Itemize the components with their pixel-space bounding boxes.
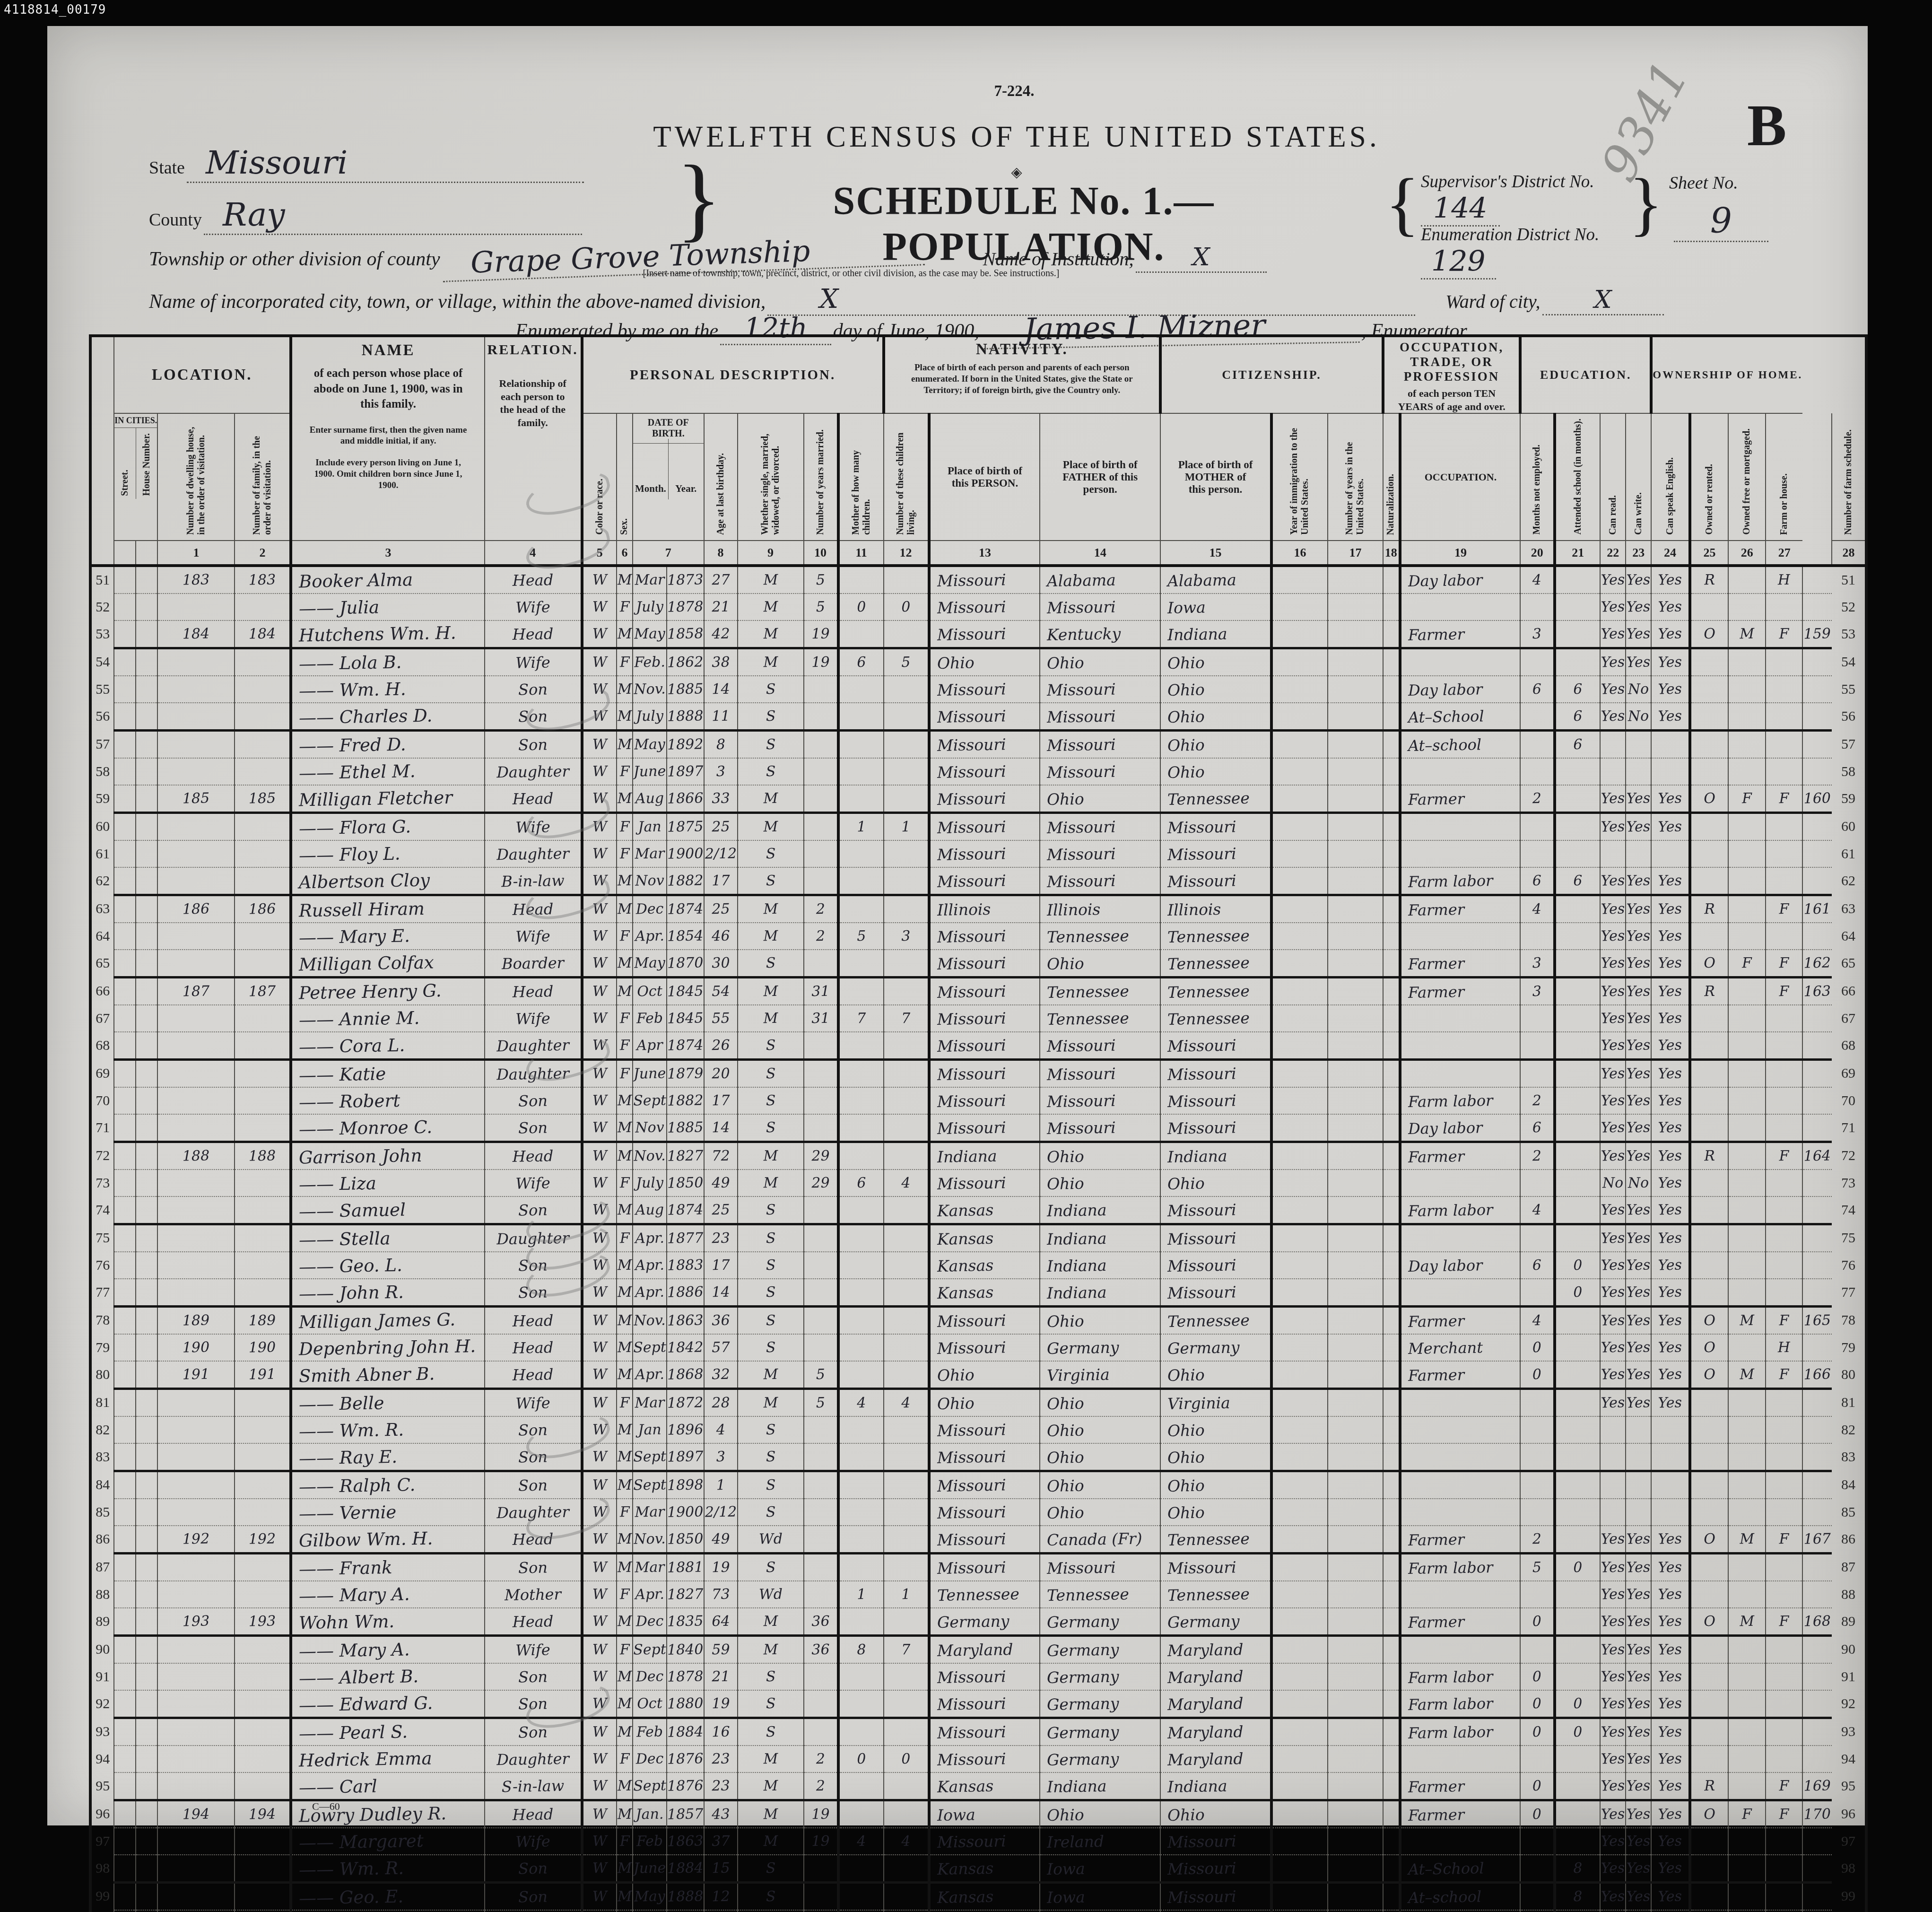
cell-st [114, 1746, 136, 1772]
cell-fh: F [1766, 1608, 1802, 1636]
colnum: 23 [1626, 541, 1651, 566]
cell-s: F [617, 1636, 633, 1664]
cell-mo: Nov [633, 1114, 667, 1142]
cell-fam: 186 [235, 895, 291, 923]
line-number: 71 [90, 1114, 114, 1142]
cell-fm [1728, 840, 1766, 867]
cell-fm [1728, 1746, 1766, 1772]
cell-own [1690, 1443, 1728, 1471]
cell-name: —— Mary A. [291, 1581, 484, 1608]
cell-yr: 1878 [667, 594, 704, 620]
cell-yr: 1886 [667, 1279, 704, 1307]
cell-ym [804, 950, 838, 978]
cell-occ: Farm labor [1400, 1718, 1521, 1746]
colnum: 27 [1766, 541, 1802, 566]
line-number: 86 [1832, 1526, 1866, 1554]
cell-bm: Germany [1160, 1608, 1271, 1636]
cell-occ [1400, 648, 1521, 676]
cell-bf: Missouri [1040, 813, 1160, 841]
cell-ym [804, 1416, 838, 1443]
cell-rd: Yes [1600, 895, 1626, 923]
cell-occ: Farmer [1400, 620, 1521, 648]
cell-bp: Missouri [929, 950, 1040, 978]
table-row: 61—— Floy L.DaughterWFMar19002/12SMissou… [90, 840, 1866, 867]
cell-bf: Indiana [1040, 1252, 1160, 1279]
cell-sch [1555, 1060, 1600, 1088]
cell-mne: 0 [1520, 1663, 1555, 1690]
cell-hn [136, 566, 157, 594]
cell-wr: Yes [1626, 1114, 1651, 1142]
cell-im [1271, 1636, 1328, 1664]
cell-rel: Son [485, 731, 582, 759]
cell-c: W [582, 1087, 617, 1114]
cell-bp: Germany [929, 1608, 1040, 1636]
cell-yu [1328, 1636, 1383, 1664]
cell-name: Petree Henry G. [291, 978, 484, 1005]
table-row: 96194194Lowry Dudley R.HeadWMJan.185743M… [90, 1800, 1866, 1828]
cell-m: S [738, 676, 804, 703]
col-years-married: Number of years married. [804, 413, 838, 541]
cell-yu [1328, 1526, 1383, 1554]
cell-mo: Apr. [633, 1279, 667, 1307]
cell-im [1271, 1581, 1328, 1608]
cell-im [1271, 1554, 1328, 1581]
cell-cl: 5 [884, 648, 929, 676]
cell-name: Milligan Fletcher [291, 785, 484, 813]
cell-fh [1766, 758, 1802, 785]
cell-bf: Missouri [1040, 1554, 1160, 1581]
cell-c: W [582, 1636, 617, 1664]
cell-mne: 2 [1520, 1087, 1555, 1114]
cell-hn [136, 1087, 157, 1114]
cell-mne [1520, 1279, 1555, 1307]
cell-fh: F [1766, 1526, 1802, 1554]
cell-mo: Apr [633, 1032, 667, 1060]
name-note1: Enter surname first, then the given name… [308, 425, 468, 447]
cell-ym: 2 [804, 1772, 838, 1800]
nativity-title: NATIVITY. [885, 341, 1159, 358]
cell-en: Yes [1651, 1252, 1689, 1279]
cell-own: O [1690, 1334, 1728, 1361]
line-number: 61 [90, 840, 114, 867]
cell-bp: Kansas [929, 1772, 1040, 1800]
cell-ym: 5 [804, 1389, 838, 1417]
line-number: 90 [90, 1636, 114, 1664]
cell-m: M [738, 566, 804, 594]
cell-m: M [738, 1800, 804, 1828]
cell-yu [1328, 1334, 1383, 1361]
cell-im [1271, 785, 1328, 813]
cell-yu [1328, 1828, 1383, 1844]
line-number: 89 [1832, 1608, 1866, 1636]
cell-fam [235, 1581, 291, 1608]
cell-fh [1766, 1581, 1802, 1608]
cell-own: O [1690, 620, 1728, 648]
cell-m: M [738, 785, 804, 813]
cell-im [1271, 703, 1328, 731]
cell-name: —— Ralph C. [291, 1471, 484, 1499]
cell-fam [235, 1252, 291, 1279]
cell-mo: Oct [633, 1690, 667, 1718]
cell-st [114, 1800, 136, 1828]
cell-en: Yes [1651, 785, 1689, 813]
cell-s: F [617, 923, 633, 950]
cell-m: M [738, 1142, 804, 1170]
cell-cl [884, 566, 929, 594]
cell-mne [1520, 813, 1555, 841]
cell-c: W [582, 840, 617, 867]
cell-en: Yes [1651, 1087, 1689, 1114]
in-cities-label: IN CITIES. [114, 414, 157, 428]
cell-own [1690, 594, 1728, 620]
cell-fh [1766, 1252, 1802, 1279]
cell-m: M [738, 1608, 804, 1636]
cell-wr: Yes [1626, 1663, 1651, 1690]
cell-im [1271, 594, 1328, 620]
cell-fm: M [1728, 1361, 1766, 1389]
cell-fs [1802, 703, 1832, 731]
cell-occ: Farmer [1400, 950, 1521, 978]
cell-cl [884, 1443, 929, 1471]
cell-m: S [738, 1114, 804, 1142]
cell-st [114, 566, 136, 594]
cell-rel: Son [485, 1471, 582, 1499]
cell-fm [1728, 867, 1766, 895]
cell-bm: Missouri [1160, 1828, 1271, 1844]
colnum: 7 [633, 541, 704, 566]
cell-fh [1766, 1828, 1802, 1844]
cell-bm: Illinois [1160, 895, 1271, 923]
cell-dw [157, 1690, 235, 1718]
cell-bp: Missouri [929, 1114, 1040, 1142]
cell-ym: 2 [804, 1746, 838, 1772]
cell-rd: Yes [1600, 1690, 1626, 1718]
cell-bm: Iowa [1160, 594, 1271, 620]
cell-name: —— Mary A. [291, 1636, 484, 1664]
cell-mne: 2 [1520, 1526, 1555, 1554]
cell-mne: 0 [1520, 1361, 1555, 1389]
cell-occ: Day labor [1400, 1252, 1521, 1279]
cell-bm: Tennessee [1160, 950, 1271, 978]
cell-s: F [617, 1060, 633, 1088]
cell-yu [1328, 1772, 1383, 1800]
cell-en: Yes [1651, 1526, 1689, 1554]
cell-bf: Ohio [1040, 1416, 1160, 1443]
cell-fam [235, 950, 291, 978]
cell-mne [1520, 1170, 1555, 1196]
cell-yr: 1881 [667, 1554, 704, 1581]
cell-st [114, 1416, 136, 1443]
cell-fh [1766, 1443, 1802, 1471]
cell-fh [1766, 1114, 1802, 1142]
cell-dw [157, 1279, 235, 1307]
cell-name: —— Stella [291, 1224, 484, 1252]
cell-ym: 5 [804, 566, 838, 594]
cell-im [1271, 1361, 1328, 1389]
cell-yu [1328, 1690, 1383, 1718]
cell-occ [1400, 1581, 1521, 1608]
cell-fs [1802, 1690, 1832, 1718]
cell-fam [235, 923, 291, 950]
cell-rd: Yes [1600, 1334, 1626, 1361]
cell-bm: Ohio [1160, 676, 1271, 703]
cell-na [1383, 1608, 1400, 1636]
col-sex: Sex. [617, 413, 633, 541]
cell-wr: Yes [1626, 1636, 1651, 1664]
col-naturalization: Naturalization. [1383, 413, 1400, 541]
cell-yu [1328, 648, 1383, 676]
cell-fm [1728, 1416, 1766, 1443]
col-family-number: Number of family, in the order of visita… [235, 413, 291, 541]
cell-rd: Yes [1600, 648, 1626, 676]
cell-st [114, 594, 136, 620]
cell-fam: 183 [235, 566, 291, 594]
cell-own [1690, 840, 1728, 867]
cell-dw [157, 1389, 235, 1417]
cell-mo: Jan. [633, 1800, 667, 1828]
cell-c: W [582, 1005, 617, 1032]
cell-mo: Sept [633, 1334, 667, 1361]
cell-yu [1328, 1361, 1383, 1389]
line-number: 97 [1832, 1828, 1866, 1844]
cell-occ: Farm labor [1400, 1663, 1521, 1690]
colnum-blank [114, 541, 136, 566]
cell-hn [136, 1499, 157, 1526]
cell-c: W [582, 1170, 617, 1196]
cell-st [114, 1252, 136, 1279]
cell-rel: Wife [485, 1170, 582, 1196]
cell-occ [1400, 1828, 1521, 1844]
table-row: 71—— Monroe C.SonWMNov188514SMissouriMis… [90, 1114, 1866, 1142]
cell-yu [1328, 923, 1383, 950]
cell-fm [1728, 1142, 1766, 1170]
cell-cl: 3 [884, 923, 929, 950]
cell-age: 25 [704, 813, 738, 841]
cell-cl [884, 1800, 929, 1828]
cell-sch [1555, 648, 1600, 676]
cell-fm [1728, 813, 1766, 841]
cell-rel: Mother [485, 1581, 582, 1608]
cell-hn [136, 1746, 157, 1772]
cell-dw: 188 [157, 1142, 235, 1170]
cell-na [1383, 703, 1400, 731]
cell-st [114, 1005, 136, 1032]
cell-fs [1802, 758, 1832, 785]
cell-ym [804, 1334, 838, 1361]
cell-wr: No [1626, 1170, 1651, 1196]
cell-wr: Yes [1626, 1800, 1651, 1828]
cell-wr: Yes [1626, 1828, 1651, 1844]
cell-yr: 1900 [667, 840, 704, 867]
cell-en: Yes [1651, 813, 1689, 841]
cell-sch [1555, 1828, 1600, 1844]
cell-na [1383, 895, 1400, 923]
cell-ch [838, 1526, 884, 1554]
cell-s: F [617, 840, 633, 867]
cell-bm: Indiana [1160, 620, 1271, 648]
cell-ym: 36 [804, 1608, 838, 1636]
cell-mo: June [633, 758, 667, 785]
cell-im [1271, 566, 1328, 594]
cell-rd [1600, 731, 1626, 759]
cell-wr: Yes [1626, 1252, 1651, 1279]
cell-c: W [582, 566, 617, 594]
cell-im [1271, 1224, 1328, 1252]
cell-ch: 0 [838, 1746, 884, 1772]
cell-sch [1555, 1746, 1600, 1772]
cell-en: Yes [1651, 594, 1689, 620]
cell-mne: 0 [1520, 1334, 1555, 1361]
cell-s: F [617, 1828, 633, 1844]
cell-occ [1400, 758, 1521, 785]
col-immigration-year: Year of immigration to the United States… [1271, 413, 1328, 541]
census-table: LOCATION. NAME of each person whose plac… [89, 334, 1868, 1844]
cell-bp: Missouri [929, 758, 1040, 785]
cell-m: Wd [738, 1526, 804, 1554]
cell-cl [884, 895, 929, 923]
line-number: 87 [90, 1554, 114, 1581]
cell-fam [235, 1279, 291, 1307]
cell-ch [838, 950, 884, 978]
table-row: 52—— JuliaWifeWFJuly187821M500MissouriMi… [90, 594, 1866, 620]
cell-mo: Jan [633, 813, 667, 841]
cell-name: —— Liza [291, 1170, 484, 1196]
cell-ym [804, 731, 838, 759]
cell-bm: Tennessee [1160, 785, 1271, 813]
cell-rel: Son [485, 1663, 582, 1690]
cell-mo: Sept [633, 1471, 667, 1499]
cell-c: W [582, 1142, 617, 1170]
cell-bp: Missouri [929, 566, 1040, 594]
cell-fm [1728, 1032, 1766, 1060]
cell-hn [136, 840, 157, 867]
cell-mne: 4 [1520, 895, 1555, 923]
cell-yr: 1882 [667, 1087, 704, 1114]
cell-m: S [738, 1471, 804, 1499]
cell-fam [235, 703, 291, 731]
cell-fh: H [1766, 566, 1802, 594]
line-number: 74 [90, 1196, 114, 1224]
cell-occ: Farmer [1400, 1800, 1521, 1828]
cell-own: R [1690, 978, 1728, 1005]
cell-rd: Yes [1600, 1828, 1626, 1844]
cell-dw: 187 [157, 978, 235, 1005]
cell-st [114, 758, 136, 785]
table-row: 93—— Pearl S.SonWMFeb188416SMissouriGerm… [90, 1718, 1866, 1746]
cell-rel: Daughter [485, 840, 582, 867]
cell-c: W [582, 950, 617, 978]
cell-ym [804, 1087, 838, 1114]
cell-yu [1328, 1142, 1383, 1170]
cell-hn [136, 978, 157, 1005]
cell-sch [1555, 1170, 1600, 1196]
cell-na [1383, 923, 1400, 950]
cell-yr: 1878 [667, 1663, 704, 1690]
col-farm-house: Farm or house. [1766, 413, 1802, 541]
cell-sch: 0 [1555, 1554, 1600, 1581]
col-can-write: Can write. [1626, 413, 1651, 541]
cell-name: —— Cora L. [291, 1032, 484, 1060]
cell-fm [1728, 1554, 1766, 1581]
table-row: 78189189Milligan James G.HeadWMNov.18633… [90, 1307, 1866, 1335]
cell-ym: 19 [804, 648, 838, 676]
cell-bp: Missouri [929, 1471, 1040, 1499]
cell-mne: 3 [1520, 978, 1555, 1005]
cell-yr: 1873 [667, 566, 704, 594]
cell-age: 25 [704, 895, 738, 923]
cell-wr: Yes [1626, 1526, 1651, 1554]
cell-fs [1802, 1389, 1832, 1417]
cell-m: S [738, 1196, 804, 1224]
cell-name: Garrison John [291, 1142, 484, 1170]
cell-bf: Ohio [1040, 1170, 1160, 1196]
cell-ym [804, 1526, 838, 1554]
cell-im [1271, 1443, 1328, 1471]
cell-hn [136, 1772, 157, 1800]
line-number: 76 [90, 1252, 114, 1279]
cell-s: F [617, 1499, 633, 1526]
cell-mo: May [633, 620, 667, 648]
cell-hn [136, 1224, 157, 1252]
cell-hn [136, 1279, 157, 1307]
cell-hn [136, 1608, 157, 1636]
cell-cl [884, 1718, 929, 1746]
cell-fs [1802, 1279, 1832, 1307]
cell-ym: 36 [804, 1636, 838, 1664]
cell-hn [136, 1032, 157, 1060]
cell-age: 55 [704, 1005, 738, 1032]
cell-own: O [1690, 1608, 1728, 1636]
cell-rd: Yes [1600, 1800, 1626, 1828]
cell-im [1271, 620, 1328, 648]
cell-fh [1766, 1224, 1802, 1252]
table-row: 67—— Annie M.WifeWFFeb184555M3177Missour… [90, 1005, 1866, 1032]
cell-wr [1626, 758, 1651, 785]
cell-im [1271, 1196, 1328, 1224]
cell-age: 23 [704, 1772, 738, 1800]
cell-bp: Missouri [929, 1060, 1040, 1088]
cell-sch [1555, 1087, 1600, 1114]
cell-fs [1802, 676, 1832, 703]
cell-im [1271, 676, 1328, 703]
cell-mo: Feb. [633, 648, 667, 676]
cell-ch: 8 [838, 1636, 884, 1664]
cell-st [114, 1114, 136, 1142]
census-sheet: 7-224. TWELFTH CENSUS OF THE UNITED STAT… [47, 26, 1868, 1825]
cell-c: W [582, 1718, 617, 1746]
cell-na [1383, 1032, 1400, 1060]
cell-mne [1520, 758, 1555, 785]
cell-rel: Daughter [485, 1746, 582, 1772]
cell-yu [1328, 1499, 1383, 1526]
cell-s: M [617, 1361, 633, 1389]
table-row: 95—— CarlS-in-lawWMSept187623M2KansasInd… [90, 1772, 1866, 1800]
cell-cl [884, 676, 929, 703]
cell-s: M [617, 1279, 633, 1307]
line-number: 85 [1832, 1499, 1866, 1526]
cell-im [1271, 1252, 1328, 1279]
page-title: TWELFTH CENSUS OF THE UNITED STATES. [636, 120, 1397, 154]
cell-c: W [582, 731, 617, 759]
cell-en [1651, 758, 1689, 785]
cell-yu [1328, 1471, 1383, 1499]
cell-fh [1766, 1032, 1802, 1060]
cell-yu [1328, 620, 1383, 648]
cell-occ: Farm labor [1400, 1554, 1521, 1581]
line-number: 86 [90, 1526, 114, 1554]
cell-s: F [617, 1389, 633, 1417]
cell-bf: Alabama [1040, 566, 1160, 594]
